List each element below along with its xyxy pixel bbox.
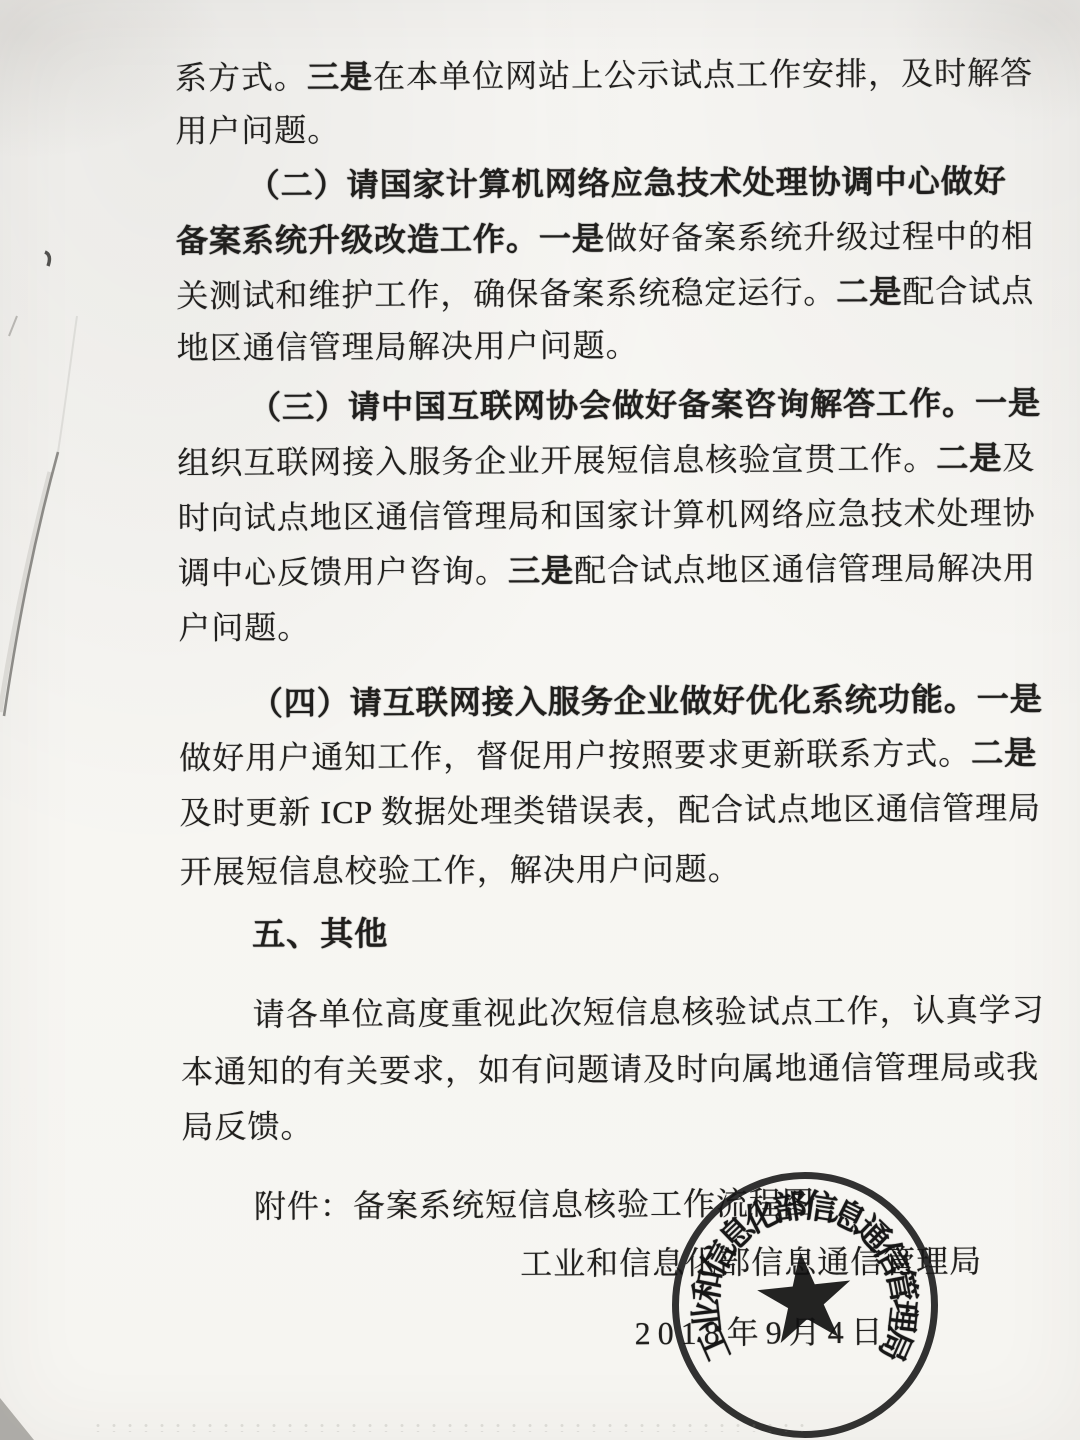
bold-text-segment: 三是 bbox=[307, 59, 373, 95]
bold-text-segment: 二是 bbox=[936, 440, 1002, 476]
text-line: 时向试点地区通信管理局和国家计算机网络应急技术处理协 bbox=[178, 491, 1036, 540]
scanned-document-page: 系方式。三是在本单位网站上公示试点工作安排，及时解答用户问题。（二）请国家计算机… bbox=[0, 0, 1080, 1440]
text-segment: 户问题。 bbox=[178, 609, 310, 646]
text-line: 开展短信息校验工作，解决用户问题。 bbox=[180, 847, 741, 894]
text-line: 户问题。 bbox=[178, 605, 310, 650]
text-line: 及时更新 ICP 数据处理类错误表，配合试点地区通信管理局 bbox=[179, 786, 1041, 835]
bold-text-segment: 三是 bbox=[508, 553, 574, 589]
text-segment: 2018年9月4日 bbox=[635, 1314, 890, 1352]
text-segment: 系方式。 bbox=[175, 59, 307, 96]
text-line: 五、其他 bbox=[252, 913, 388, 958]
bold-text-segment: 一是 bbox=[539, 220, 605, 256]
bold-text-segment: （四） bbox=[251, 685, 350, 722]
text-segment: 调中心反馈用户咨询。 bbox=[178, 553, 508, 591]
text-segment: 附件：备案系统短信息核验工作流程图 bbox=[254, 1185, 815, 1224]
bold-text-segment: （二） bbox=[248, 167, 347, 204]
bold-text-segment: 备案系统升级改造工作。 bbox=[176, 221, 539, 259]
text-segment: 做好备案系统升级过程中的相 bbox=[605, 218, 1034, 257]
text-line: 系方式。三是在本单位网站上公示试点工作安排，及时解答 bbox=[175, 51, 1033, 100]
text-segment: 时向试点地区通信管理局和国家计算机网络应急技术处理协 bbox=[178, 495, 1036, 536]
bold-text-segment: 一是 bbox=[977, 681, 1043, 717]
text-segment: 及 bbox=[1002, 440, 1035, 476]
text-segment: 工业和信息化部信息通信管理局 bbox=[520, 1243, 982, 1282]
text-segment: 本通知的有关要求，如有问题请及时向属地通信管理局或我 bbox=[181, 1049, 1039, 1090]
bold-text-segment: 请国家计算机网络应急技术处理协调中心做好 bbox=[347, 163, 1007, 203]
text-line: 调中心反馈用户咨询。三是配合试点地区通信管理局解决用 bbox=[178, 546, 1036, 595]
text-segment: 做好用户通知工作，督促用户按照要求更新联系方式。 bbox=[179, 735, 971, 776]
text-segment: 地区通信管理局解决用户问题。 bbox=[177, 327, 639, 366]
text-line: 做好用户通知工作，督促用户按照要求更新联系方式。二是 bbox=[179, 731, 1037, 780]
text-line: 地区通信管理局解决用户问题。 bbox=[177, 323, 639, 370]
document-body: 系方式。三是在本单位网站上公示试点工作安排，及时解答用户问题。（二）请国家计算机… bbox=[0, 0, 1080, 1440]
text-segment: 配合试点 bbox=[902, 273, 1034, 310]
text-segment: 及时更新 ICP 数据处理类错误表，配合试点地区通信管理局 bbox=[179, 790, 1041, 831]
text-line: 本通知的有关要求，如有问题请及时向属地通信管理局或我 bbox=[181, 1045, 1039, 1094]
text-segment: 开展短信息校验工作，解决用户问题。 bbox=[180, 851, 741, 890]
bold-text-segment: 五、其他 bbox=[252, 917, 388, 954]
bold-text-segment: 二是 bbox=[836, 274, 902, 310]
bold-text-segment: 二是 bbox=[971, 735, 1037, 771]
text-segment: 用户问题。 bbox=[175, 112, 340, 149]
text-segment: 配合试点地区通信管理局解决用 bbox=[574, 550, 1036, 589]
text-line: 附件：备案系统短信息核验工作流程图 bbox=[254, 1181, 815, 1228]
text-line: （四）请互联网接入服务企业做好优化系统功能。一是 bbox=[251, 677, 1043, 726]
bold-text-segment: 请互联网接入服务企业做好优化系统功能。 bbox=[350, 681, 977, 721]
text-segment: 在本单位网站上公示试点工作安排，及时解答 bbox=[373, 55, 1033, 95]
text-line: （二）请国家计算机网络应急技术处理协调中心做好 bbox=[248, 159, 1007, 208]
text-line: 用户问题。 bbox=[175, 108, 340, 153]
text-line: 备案系统升级改造工作。一是做好备案系统升级过程中的相 bbox=[176, 214, 1034, 263]
signature-line: 工业和信息化部信息通信管理局 bbox=[520, 1239, 982, 1286]
text-line: 组织互联网接入服务企业开展短信息核验宣贯工作。二是及 bbox=[177, 436, 1035, 485]
bold-text-segment: （三） bbox=[249, 389, 348, 426]
bold-text-segment: 一是 bbox=[975, 385, 1041, 421]
date-line: 2018年9月4日 bbox=[635, 1310, 890, 1356]
text-segment: 组织互联网接入服务企业开展短信息核验宣贯工作。 bbox=[177, 440, 936, 481]
text-segment: 关测试和维护工作，确保备案系统稳定运行。 bbox=[176, 274, 836, 314]
text-line: 关测试和维护工作，确保备案系统稳定运行。二是配合试点 bbox=[176, 269, 1034, 318]
text-segment: 请各单位高度重视此次短信息核验试点工作，认真学习 bbox=[253, 992, 1045, 1033]
text-line: （三）请中国互联网协会做好备案咨询解答工作。一是 bbox=[249, 381, 1041, 430]
bold-text-segment: 请中国互联网协会做好备案咨询解答工作。 bbox=[348, 385, 975, 425]
text-line: 局反馈。 bbox=[181, 1104, 313, 1149]
text-line: 请各单位高度重视此次短信息核验试点工作，认真学习 bbox=[253, 988, 1045, 1037]
text-segment: 局反馈。 bbox=[181, 1108, 313, 1145]
